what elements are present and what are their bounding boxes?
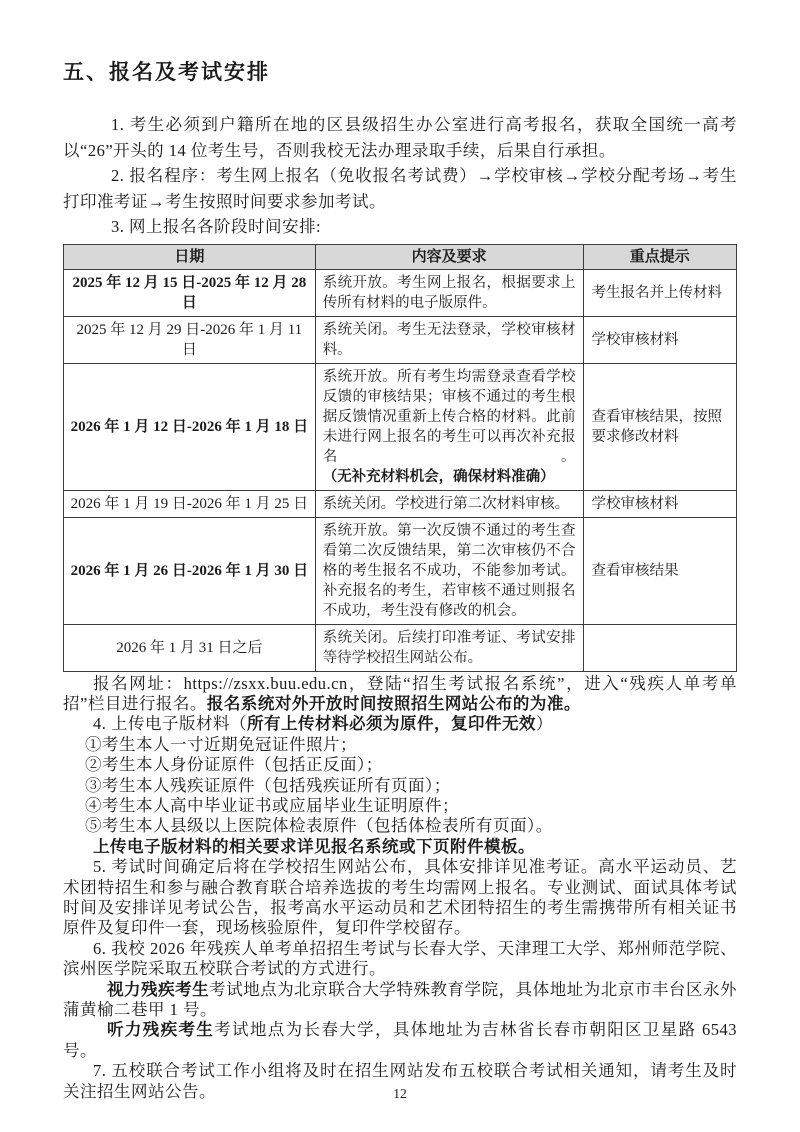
section-heading: 五、报名及考试安排 [63, 56, 737, 86]
paragraph-3: 3. 网上报名各阶段时间安排: [63, 214, 737, 240]
content-text: 系统开放。所有考生均需登录查看学校反馈的审核结果；审核不通过的考生根据反馈情况重… [323, 369, 576, 465]
p4-suffix: ） [536, 714, 553, 733]
paragraph-6: 6. 我校 2026 年残疾人单考单招招生考试与长春大学、天津理工大学、郑州师范… [63, 939, 737, 980]
table-row: 2026 年 1 月 19 日-2026 年 1 月 25 日 系统关闭。学校进… [64, 490, 737, 517]
table-row: 2026 年 1 月 26 日-2026 年 1 月 30 日 系统开放。第一次… [64, 517, 737, 624]
website-bold-note: 报名系统对外开放时间按照招生网站公布的为准。 [207, 694, 581, 713]
table-row: 2025 年 12 月 15 日-2025 年 12 月 28 日 系统开放。考… [64, 269, 737, 316]
content-cell: 系统关闭。学校进行第二次材料审核。 [315, 490, 583, 517]
materials-note: 上传电子版材料的相关要求详见报名系统或下页附件模板。 [63, 837, 737, 857]
page-number: 12 [0, 1086, 800, 1102]
content-cell: 系统关闭。考生无法登录，学校审核材料。 [315, 316, 583, 363]
table-row: 2026 年 1 月 31 日之后 系统关闭。后续打印准考证、考试安排等待学校招… [64, 624, 737, 671]
date-cell: 2025 年 12 月 29 日-2026 年 1 月 11 日 [64, 316, 316, 363]
registration-schedule-table: 日期 内容及要求 重点提示 2025 年 12 月 15 日-2025 年 12… [63, 244, 737, 672]
hint-cell: 学校审核材料 [583, 316, 736, 363]
paragraph-2: 2. 报名程序：考生网上报名（免收报名考试费）→学校审核→学校分配考场→考生打印… [63, 163, 737, 214]
hint-cell: 查看审核结果，按照要求修改材料 [583, 363, 736, 490]
date-cell: 2026 年 1 月 12 日-2026 年 1 月 18 日 [64, 363, 316, 490]
material-item-3: ③考生本人残疾证原件（包括残疾证所有页面）； [63, 776, 737, 796]
p4-bold: 所有上传材料必须为原件，复印件无效 [247, 714, 536, 733]
table-row: 2025 年 12 月 29 日-2026 年 1 月 11 日 系统关闭。考生… [64, 316, 737, 363]
p4-prefix: 4. 上传电子版材料（ [93, 714, 247, 733]
column-header-content: 内容及要求 [315, 244, 583, 269]
column-header-date: 日期 [64, 244, 316, 269]
column-header-hint: 重点提示 [583, 244, 736, 269]
material-item-5: ⑤考生本人县级以上医院体检表原件（包括体检表所有页面）。 [63, 816, 737, 836]
hearing-lead-bold: 听力残疾考生 [107, 1020, 214, 1039]
hint-cell: 学校审核材料 [583, 490, 736, 517]
vision-exam-location-paragraph: 视力残疾考生考试地点为北京联合大学特殊教育学院，具体地址为北京市丰台区永外蒲黄榆… [63, 980, 737, 1021]
website-paragraph: 报名网址：https://zsxx.buu.edu.cn，登陆“招生考试报名系统… [63, 674, 737, 715]
content-text: 系统关闭。考生无法登录，学校审核材料。 [323, 322, 576, 358]
content-cell: 系统开放。考生网上报名，根据要求上传所有材料的电子版原件。 [315, 269, 583, 316]
hint-cell: 考生报名并上传材料 [583, 269, 736, 316]
content-cell: 系统开放。第一次反馈不通过的考生查看第二次反馈结果，第二次审核仍不合格的考生报名… [315, 517, 583, 624]
content-text: 系统开放。考生网上报名，根据要求上传所有材料的电子版原件。 [323, 275, 576, 311]
content-text: 系统开放。第一次反馈不通过的考生查看第二次反馈结果，第二次审核仍不合格的考生报名… [323, 523, 576, 619]
content-text: 系统关闭。学校进行第二次材料审核。 [323, 496, 570, 512]
date-cell: 2026 年 1 月 31 日之后 [64, 624, 316, 671]
content-cell: 系统开放。所有考生均需登录查看学校反馈的审核结果；审核不通过的考生根据反馈情况重… [315, 363, 583, 490]
hearing-exam-location-paragraph: 听力残疾考生考试地点为长春大学，具体地址为吉林省长春市朝阳区卫星路 6543 号… [63, 1020, 737, 1061]
content-bold-text: （无补充材料机会，确保材料准确） [323, 469, 555, 485]
document-page: 五、报名及考试安排 1. 考生必须到户籍所在地的区县级招生办公室进行高考报名，获… [0, 0, 800, 1132]
material-item-4: ④考生本人高中毕业证书或应届毕业生证明原件； [63, 796, 737, 816]
date-cell: 2025 年 12 月 15 日-2025 年 12 月 28 日 [64, 269, 316, 316]
content-cell: 系统关闭。后续打印准考证、考试安排等待学校招生网站公布。 [315, 624, 583, 671]
paragraph-1: 1. 考生必须到户籍所在地的区县级招生办公室进行高考报名，获取全国统一高考以“2… [63, 112, 737, 163]
table-header-row: 日期 内容及要求 重点提示 [64, 244, 737, 269]
hint-cell: 查看审核结果 [583, 517, 736, 624]
material-item-1: ①考生本人一寸近期免冠证件照片； [63, 735, 737, 755]
table-row: 2026 年 1 月 12 日-2026 年 1 月 18 日 系统开放。所有考… [64, 363, 737, 490]
paragraph-5: 5. 考试时间确定后将在学校招生网站公布，具体安排详见准考证。高水平运动员、艺术… [63, 857, 737, 939]
date-cell: 2026 年 1 月 19 日-2026 年 1 月 25 日 [64, 490, 316, 517]
hint-cell [583, 624, 736, 671]
paragraph-4: 4. 上传电子版材料（所有上传材料必须为原件，复印件无效） [63, 714, 737, 734]
vision-lead-bold: 视力残疾考生 [107, 980, 209, 999]
material-item-2: ②考生本人身份证原件（包括正反面）； [63, 755, 737, 775]
date-cell: 2026 年 1 月 26 日-2026 年 1 月 30 日 [64, 517, 316, 624]
content-text: 系统关闭。后续打印准考证、考试安排等待学校招生网站公布。 [323, 630, 576, 666]
